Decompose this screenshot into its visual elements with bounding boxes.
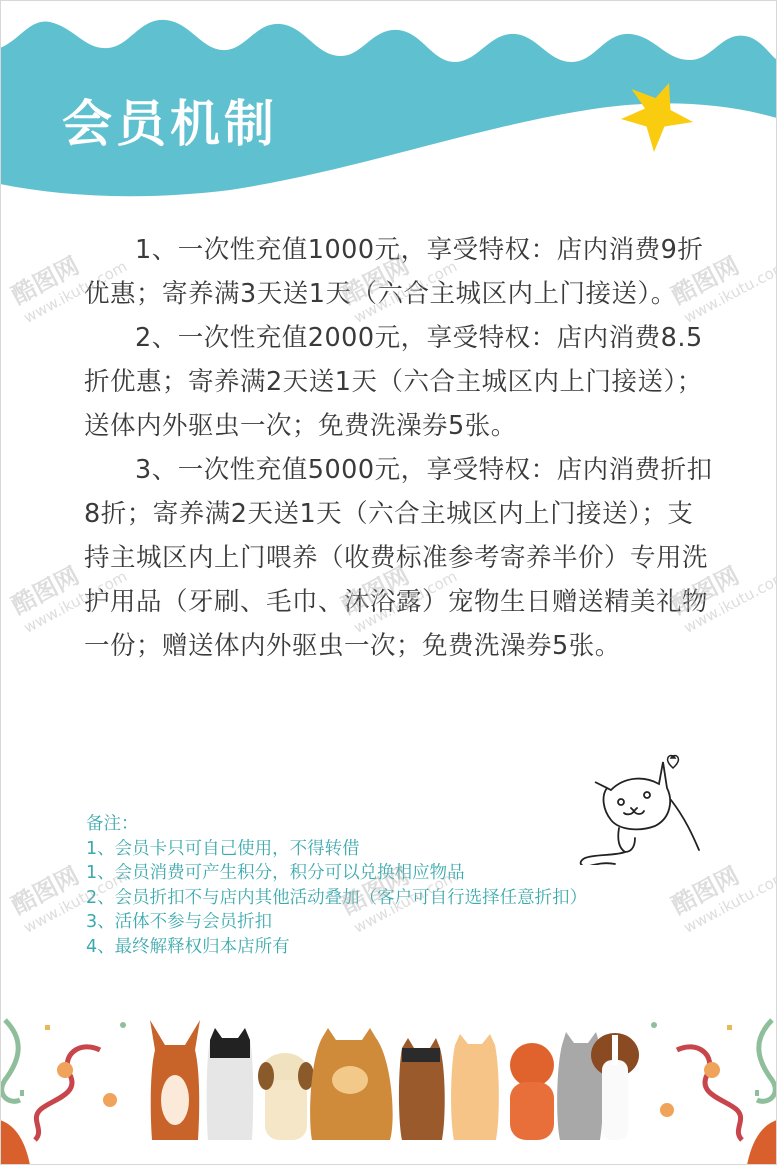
tier-2: 2、一次性充值2000元，享受特权：店内消费8.5折优惠；寄养满2天送1天（六合… (84, 316, 714, 448)
note-item: 4、最终解释权归本店所有 (86, 935, 587, 960)
pets-row-illustration (140, 1010, 640, 1140)
cat-sketch-illustration (575, 740, 705, 865)
notes-heading: 备注： (86, 812, 587, 837)
tier-3: 3、一次性充值5000元，享受特权：店内消费折扣8折；寄养满2天送1天（六合主城… (84, 448, 714, 668)
note-item: 1、会员卡只可自己使用，不得转借 (86, 837, 587, 862)
note-item: 1、会员消费可产生积分，积分可以兑换相应物品 (86, 861, 587, 886)
poodle-icon (510, 1043, 554, 1140)
confetti-left-decoration (0, 1000, 140, 1165)
membership-tiers: 1、一次性充值1000元，享受特权：店内消费9折优惠；寄养满3天送1天（六合主城… (84, 228, 714, 668)
shih-tzu-icon (258, 1053, 314, 1140)
page-title: 会员机制 (62, 84, 278, 156)
tuxedo-cat-icon (207, 1028, 254, 1140)
confetti-right-decoration (637, 1000, 777, 1165)
note-item: 3、活体不参与会员折扣 (86, 910, 587, 935)
tier-1: 1、一次性充值1000元，享受特权：店内消费9折优惠；寄养满3天送1天（六合主城… (84, 228, 714, 316)
yorkshire-terrier-icon (399, 1038, 445, 1140)
corgi-icon (150, 1020, 200, 1140)
star-icon (618, 80, 693, 155)
notes-section: 备注： 1、会员卡只可自己使用，不得转借 1、会员消费可产生积分，积分可以兑换相… (86, 812, 587, 959)
orange-cat-icon (451, 1034, 499, 1140)
note-item: 2、会员折扣不与店内其他活动叠加（客户可自行选择任意折扣） (86, 886, 587, 911)
maine-coon-icon (310, 1028, 393, 1140)
